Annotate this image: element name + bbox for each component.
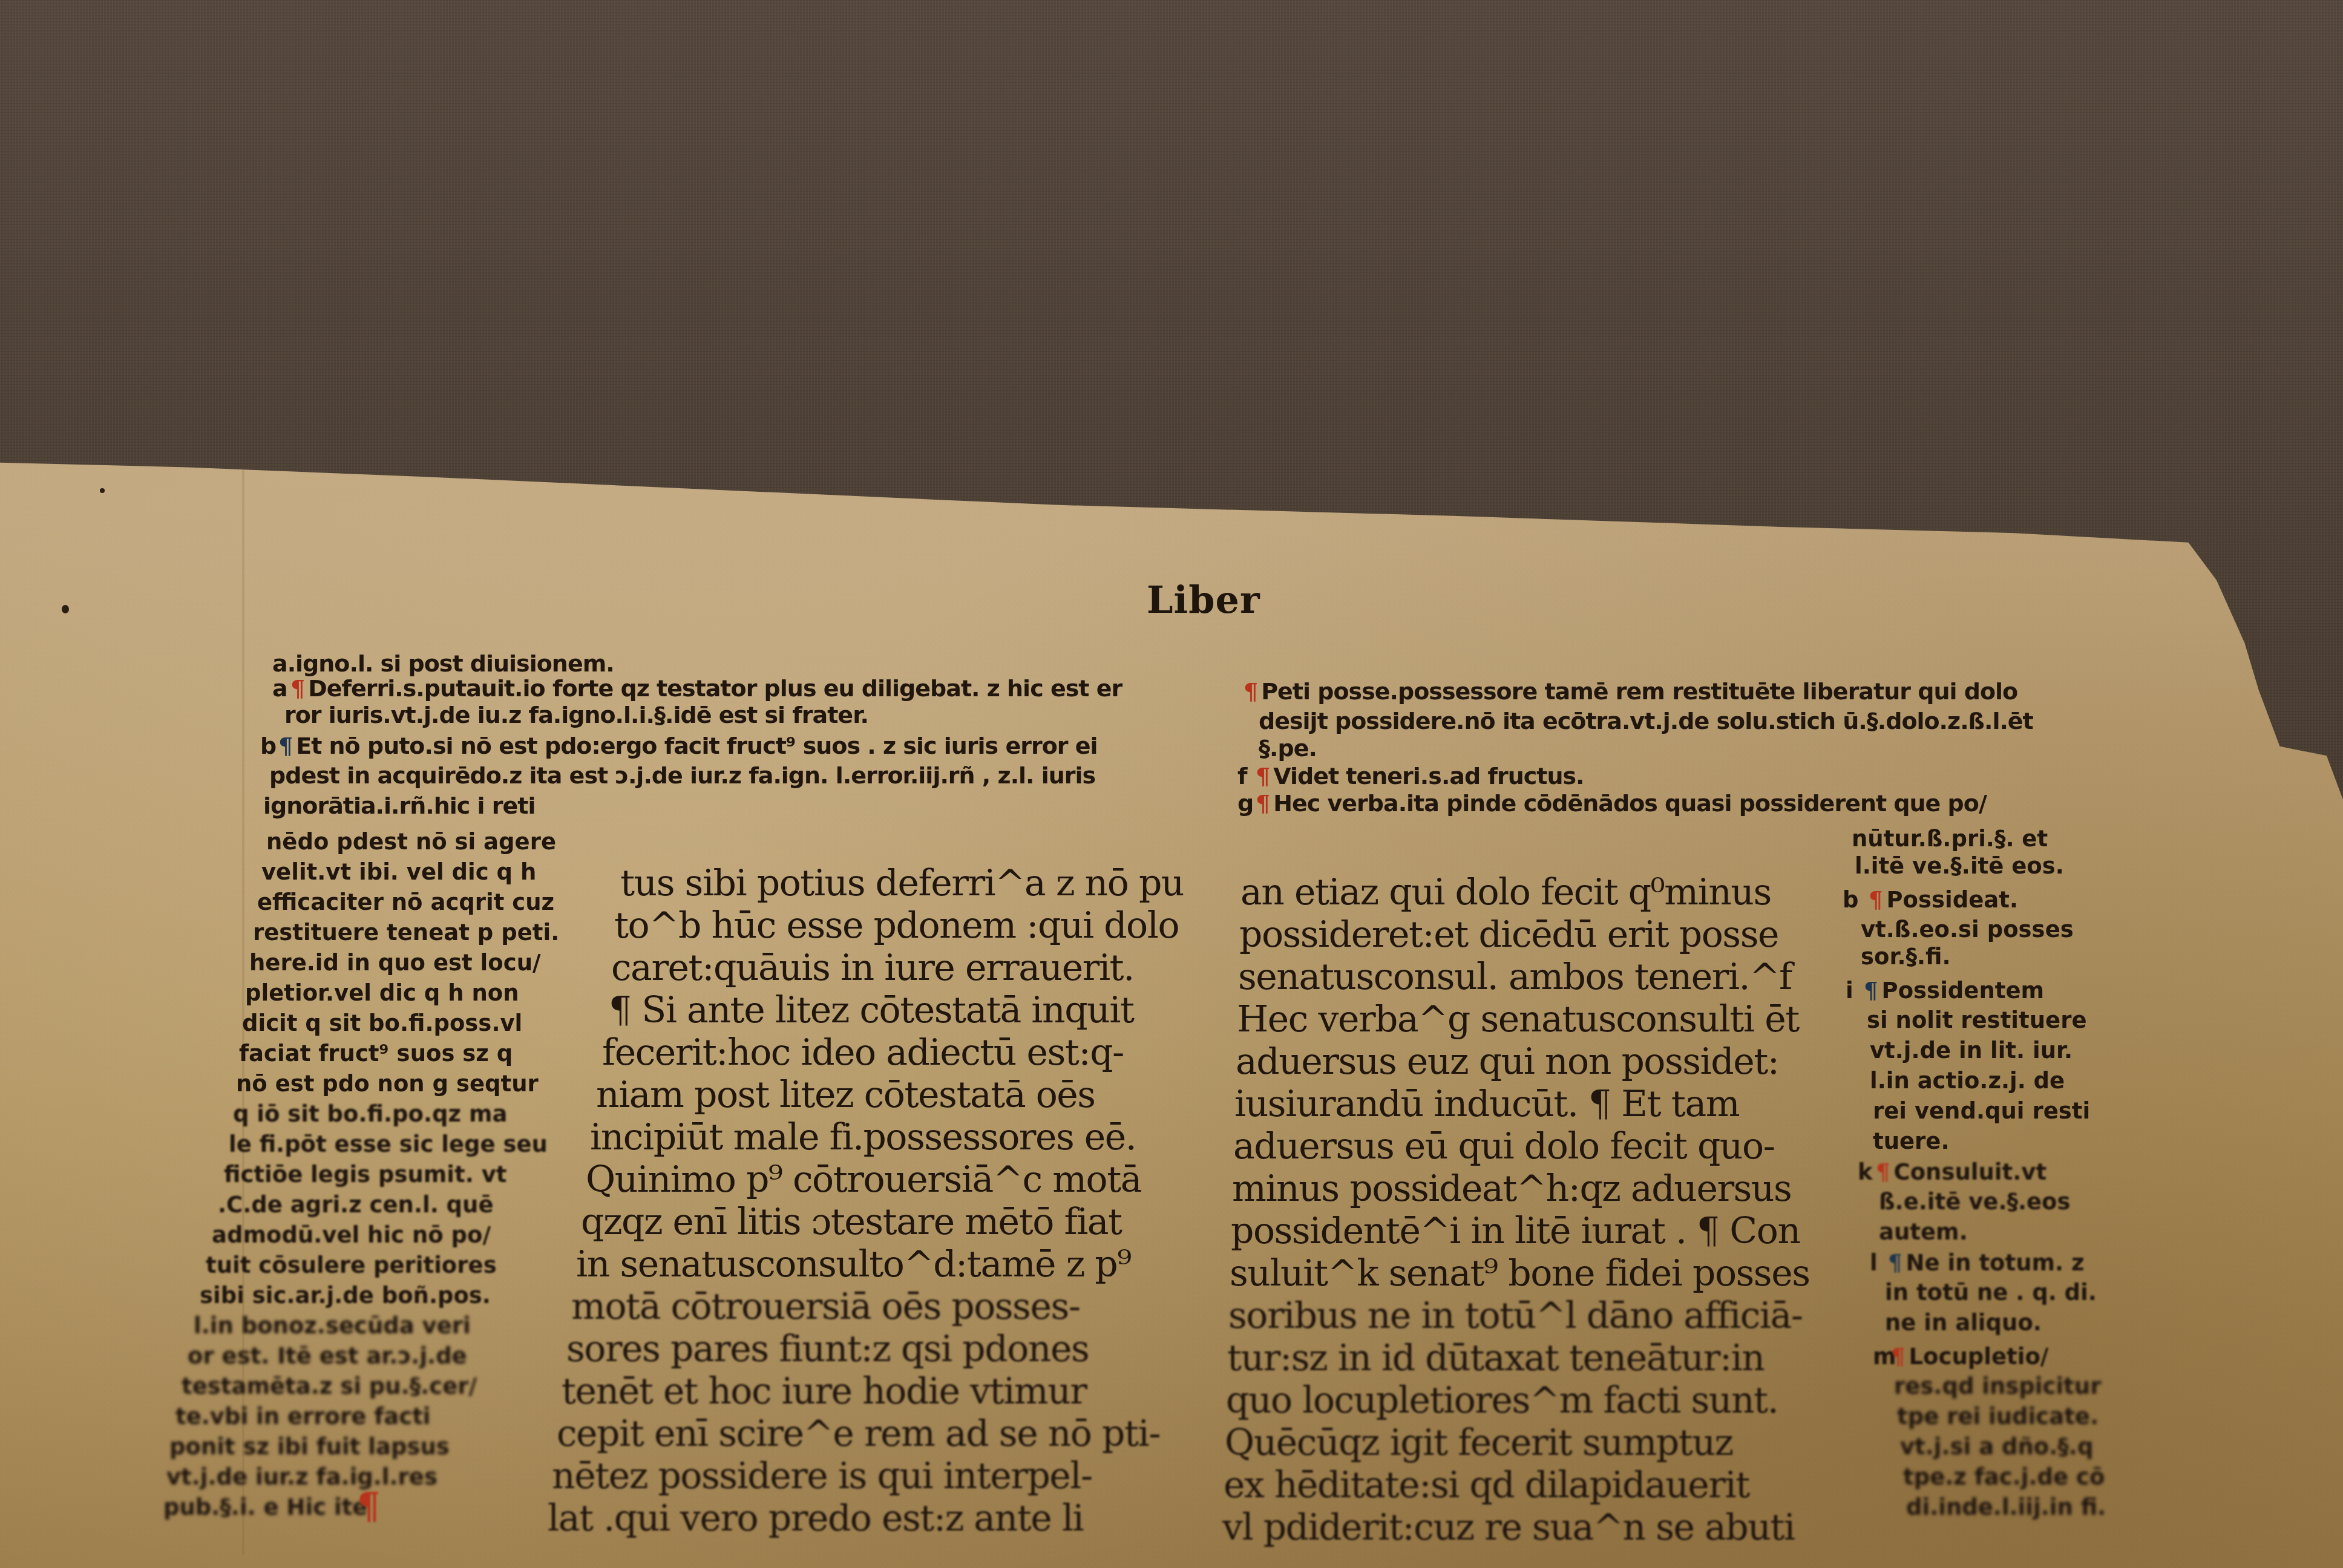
gloss-line: in totū ne . q. di.: [1885, 1279, 2097, 1305]
red-pilcrow-icon: ¶: [290, 675, 304, 702]
gloss-line: l¶Ne in totum. z: [1870, 1249, 2085, 1276]
note-marker: i: [1846, 978, 1864, 1004]
text-line: niam post litez cōtestatā oēs: [596, 1074, 1095, 1116]
gloss-line: vt.j.si a dño.§.q: [1900, 1434, 2093, 1460]
gloss-line: res.qd inspicitur: [1894, 1373, 2101, 1399]
gloss-line: l.itē ve.§.itē eos.: [1855, 853, 2064, 879]
gloss-line: pub.§.i. e Hic ite: [163, 1494, 367, 1520]
text-line: suluit^k senat⁹ bone fidei posses: [1230, 1252, 1809, 1295]
red-pilcrow-icon: ¶: [1256, 789, 1270, 817]
red-pilcrow-icon: ¶: [1891, 1343, 1906, 1370]
ink-spot: [100, 488, 105, 493]
gloss-line: tuit cōsulere peritiores: [206, 1252, 497, 1278]
red-pilcrow-icon: ¶: [1256, 762, 1270, 789]
gloss-line: faciat fruct⁹ suos sz q: [239, 1040, 513, 1067]
text-line: Hec verba^g senatusconsulti ēt: [1237, 998, 1799, 1040]
gloss-line: te.vbi in errore facti: [175, 1403, 431, 1429]
gloss-line: .C.de agri.z cen.l. quē: [218, 1192, 494, 1218]
gloss-line: di.inde.l.iij.in fi.: [1906, 1494, 2106, 1520]
gloss-line: §.pe.: [1259, 735, 1317, 762]
text-line: to^b hūc esse pdonem :qui dolo: [614, 904, 1179, 947]
gloss-line: vt.ß.eo.si posses: [1861, 916, 2074, 942]
text-line: senatusconsul. ambos teneri.^f: [1238, 956, 1792, 998]
text-line: possidentē^i in litē iurat . ¶ Con: [1231, 1210, 1800, 1252]
gloss-line: g¶Hec verba.ita pinde cōdēnādos quasi po…: [1237, 789, 1987, 817]
running-head: Liber: [1147, 578, 1260, 622]
gloss-line: vt.j.de iur.z fa.ig.l.res: [166, 1464, 437, 1490]
text-line: incipiūt male fi.possessores eē.: [590, 1116, 1136, 1158]
gloss-line: le fi.pōt esse sic lege seu: [229, 1131, 548, 1157]
note-marker: k: [1858, 1159, 1876, 1185]
gloss-line: tpe rei iudicate.: [1897, 1403, 2099, 1429]
gloss-line: restituere teneat p peti.: [253, 920, 559, 946]
red-pilcrow-icon: ¶: [357, 1485, 380, 1527]
note-marker: f: [1237, 763, 1256, 789]
gloss-line: b¶Et nō puto.si nō est pdo:ergo facit fr…: [260, 732, 1098, 759]
gloss-line: vt.j.de in lit. iur.: [1870, 1037, 2073, 1063]
gloss-line: pdest in acquirēdo.z ita est ɔ.j.de iur.…: [269, 762, 1095, 789]
gloss-line: b ¶Possideat.: [1843, 886, 2018, 913]
note-marker: g: [1237, 790, 1256, 817]
text-line: vl pdiderit:cuz re sua^n se abuti: [1222, 1506, 1795, 1549]
note-marker: b: [1843, 887, 1861, 913]
gloss-line: ponit sz ibi fuit lapsus: [169, 1434, 450, 1460]
gloss-line: here.id in quo est locu/: [249, 950, 541, 976]
red-pilcrow-icon: ¶: [1244, 678, 1257, 705]
text-line: tur:sz in id dūtaxat teneātur:in: [1227, 1337, 1764, 1379]
note-marker: b: [260, 733, 278, 759]
text-line: nētez possidere is qui interpel-: [552, 1455, 1092, 1497]
note-marker: m: [1873, 1344, 1891, 1370]
gloss-line: ne in aliquo.: [1885, 1310, 2042, 1336]
gloss-line: k¶Consuluit.vt: [1858, 1158, 2046, 1185]
text-line: ¶ Si ante litez cōtestatā inquit: [605, 989, 1134, 1031]
gloss-line: ignorātia.i.rñ.hic i reti: [263, 792, 536, 819]
gloss-line: admodū.vel hic nō po/: [212, 1222, 491, 1248]
gloss-line: a.igno.l. si post diuisionem.: [272, 650, 614, 677]
gloss-line: m¶Locupletio/: [1873, 1343, 2048, 1370]
blue-pilcrow-icon: ¶: [1864, 977, 1878, 1004]
gloss-line: f¶Videt teneri.s.ad fructus.: [1237, 762, 1584, 789]
gloss-line: tuere.: [1873, 1128, 1950, 1154]
gloss-line: si nolit restituere: [1867, 1007, 2086, 1033]
gloss-line: efficaciter nō acqrit cuz: [257, 889, 554, 915]
gloss-line: autem.: [1879, 1219, 1968, 1245]
text-line: lat .qui vero predo est:z ante li: [548, 1497, 1083, 1540]
blue-pilcrow-icon: ¶: [278, 732, 292, 759]
book-leaf: Liber a.igno.l. si post diuisionem. a¶De…: [0, 0, 2343, 1568]
gloss-line: velit.vt ibi. vel dic q h: [261, 859, 536, 885]
gloss-line: ¶Peti posse.possessore tamē rem restituē…: [1244, 678, 2017, 705]
note-marker: l: [1870, 1250, 1888, 1276]
text-line: Quēcūqz igit fecerit sumptuz: [1225, 1422, 1733, 1464]
text-line: aduersus euz qui non possidet:: [1236, 1040, 1778, 1083]
gloss-line: desijt possidere.nō ita ecōtra.vt.j.de s…: [1259, 708, 2033, 734]
gloss-line: ß.e.itē ve.§.eos: [1879, 1189, 2071, 1215]
text-line: Quinimo p⁹ cōtrouersiā^c motā: [586, 1158, 1141, 1201]
gloss-line: testamēta.z si pu.§.cer/: [182, 1373, 477, 1399]
gloss-line: sibi sic.ar.j.de boñ.pos.: [200, 1282, 491, 1308]
text-line: quo locupletiores^m facti sunt.: [1226, 1379, 1778, 1422]
gloss-line: or est. Itē est ar.ɔ.j.de: [188, 1343, 467, 1369]
gloss-line: nūtur.ß.pri.§. et: [1852, 826, 2048, 852]
gloss-line: sor.§.fi.: [1861, 944, 1951, 970]
gloss-line: dicit q sit bo.fi.poss.vl: [242, 1010, 522, 1036]
text-line: caret:quāuis in iure errauerit.: [611, 947, 1134, 989]
gloss-line: pletior.vel dic q h non: [245, 980, 519, 1006]
gloss-line: i¶Possidentem: [1846, 977, 2044, 1004]
text-line: possideret:et dicēdū erit posse: [1239, 913, 1778, 956]
text-line: motā cōtrouersiā oēs posses-: [571, 1285, 1080, 1328]
ink-spot: [844, 448, 848, 451]
gloss-line: l.in bonoz.secūda veri: [194, 1313, 471, 1339]
text-line: an etiaz qui dolo fecit q⁰minus: [1240, 871, 1771, 913]
text-line: tenēt et hoc iure hodie vtimur: [562, 1370, 1087, 1413]
text-line: aduersus eū qui dolo fecit quo-: [1233, 1125, 1774, 1168]
text-line: sores pares fiunt:z qsi pdones: [566, 1328, 1089, 1370]
note-marker: a: [272, 675, 290, 702]
text-line: cepit enī scire^e rem ad se nō pti-: [557, 1413, 1160, 1455]
text-line: soribus ne in totū^l dāno afficiā-: [1228, 1295, 1803, 1337]
gloss-line: fictiōe legis psumit. vt: [224, 1161, 507, 1187]
text-line: fecerit:hoc ideo adiectū est:q-: [602, 1031, 1124, 1074]
text-line: in senatusconsulto^d:tamē z p⁹: [576, 1243, 1131, 1285]
text-line: iusiurandū inducūt. ¶ Et tam: [1234, 1083, 1739, 1125]
gloss-line: ror iuris.vt.j.de iu.z fa.igno.l.i.§.idē…: [284, 702, 868, 728]
gloss-line: a¶Deferri.s.putauit.io forte qz testator…: [272, 675, 1122, 702]
ink-spot: [62, 605, 69, 613]
text-line: ex hēditate:si qd dilapidauerit: [1224, 1464, 1749, 1506]
gloss-line: l.in actio.z.j. de: [1870, 1068, 2065, 1094]
text-line: qzqz enī litis ɔtestare mētō fiat: [581, 1201, 1122, 1243]
blue-pilcrow-icon: ¶: [1888, 1249, 1902, 1276]
gloss-line: nēdo pdest nō si agere: [266, 829, 556, 855]
gloss-line: tpe.z fac.j.de cō: [1903, 1464, 2105, 1490]
text-line: tus sibi potius deferri^a z nō pu: [620, 862, 1184, 904]
red-pilcrow-icon: ¶: [1876, 1158, 1890, 1185]
gloss-line: rei vend.qui resti: [1873, 1098, 2090, 1124]
gloss-line: nō est pdo non g seqtur: [236, 1071, 539, 1097]
gloss-line: q iō sit bo.fi.po.qz ma: [233, 1101, 507, 1127]
text-line: minus possideat^h:qz aduersus: [1232, 1168, 1791, 1210]
red-pilcrow-icon: ¶: [1869, 886, 1883, 913]
